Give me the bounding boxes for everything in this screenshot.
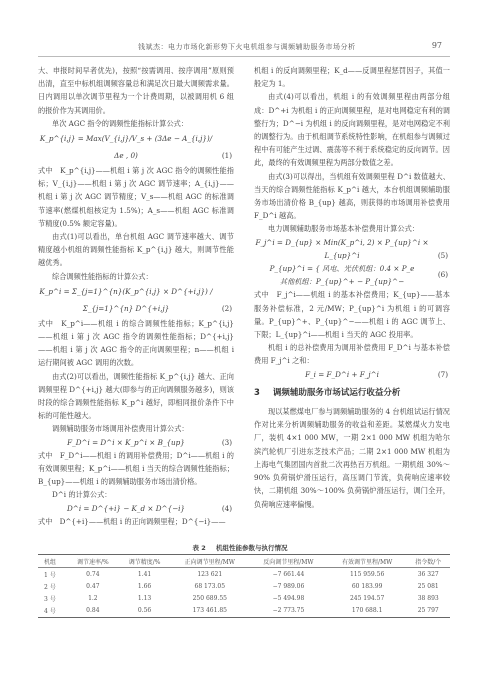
equation-7: F_i = F_D^i + F_j^i (7): [254, 368, 450, 381]
equation-number: (2): [222, 300, 232, 317]
table-cell: 0.56: [119, 605, 171, 618]
equation-1: K_p^{i,j} = Max(V_{i,j}/V_s + (3Δe − A_{…: [38, 130, 234, 164]
table-cell: 1.41: [119, 568, 171, 581]
table-cell: 2 号: [38, 580, 67, 592]
page-number: 97: [432, 41, 442, 50]
running-title: 钱斌杰：电力市场化新形势下火电机组参与调频辅助服务市场分析: [138, 42, 356, 52]
equation-number: (1): [222, 147, 232, 164]
table-cell: −5 494.98: [249, 593, 328, 605]
table-cell: 60 183.99: [328, 580, 407, 592]
equation-4: D^i = D^{+i} − K_d × D^{−i} (4): [38, 502, 234, 515]
equation-number: (4): [222, 502, 232, 515]
paragraph: 式中 D^{+i}——机组 i 的正向调频里程；D^{−i}——: [38, 515, 234, 528]
paragraph: 式中 F_D^i——机组 i 的调用补偿费用；D^i——机组 i 的有效调频里程…: [38, 449, 234, 489]
table-cell: −7 989.06: [249, 580, 328, 592]
paragraph: 综合调频性能指标的计算公式：: [38, 270, 234, 283]
paragraph: 机组 i 的反向调频里程；K_d——反调里程惩罚因子，其值一般定为 1。: [254, 64, 450, 90]
table-cell: 245 194.57: [328, 593, 407, 605]
table-row: 4 号 0.84 0.56 173 461.85 −2 773.75 170 6…: [38, 605, 450, 618]
table-cell: 0.74: [67, 568, 119, 581]
equation-body: K_p^{i,j} = Max(V_{i,j}/V_s + (3Δe − A_{…: [40, 134, 212, 160]
equation-5: F_j^i = D_{up} × Min(K_p^i, 2) × P_{up}^…: [254, 236, 450, 262]
table-number: 表 2: [192, 544, 205, 552]
equation-body: F_j^i = D_{up} × Min(K_p^i, 2) × P_{up}^…: [256, 238, 429, 260]
table-cell: −2 773.75: [249, 605, 328, 618]
equation-number: (3): [222, 436, 232, 449]
paragraph: 电力调频辅助服务市场基本补偿费用计算公式：: [254, 222, 450, 235]
paragraph: 式中 K_p^i——机组 i 的综合调频性能指标；K_p^{i,j}——机组 i…: [38, 317, 234, 370]
table-cell: 38 893: [406, 593, 450, 605]
paragraph: D^i 的计算公式：: [38, 488, 234, 501]
paragraph: 由式(1)可以看出，单台机组 AGC 调节速率越大、调节精度越小机组的调频性能指…: [38, 230, 234, 270]
table-cell: 123 621: [170, 568, 249, 581]
table-header-row: 机组 调节速率/% 调节精度/% 正向调节里程/MW 反向调节里程/MW 有效调…: [38, 555, 450, 568]
equation-6: P_{up}^i = { 风电、光伏机组：0.4 × P_e 其他机组：P_{u…: [254, 262, 450, 288]
paragraph: 单次 AGC 指令的调频性能指标计算公式：: [38, 117, 234, 130]
table-cell: 1 号: [38, 568, 67, 581]
table-cell: 4 号: [38, 605, 67, 618]
equation-body-line2: 其他机组：P_{up}^+ − P_{up}^−: [280, 277, 404, 286]
table-cell: 173 461.85: [170, 605, 249, 618]
section-heading: 3 调频辅助服务市场试运行收益分析: [254, 387, 450, 400]
paragraph: 式中 K_p^{i,j}——机组 i 第 j 次 AGC 指令的调频性能指标；V…: [38, 164, 234, 230]
paragraph: 现以某燃煤电厂参与调频辅助服务的 4 台机组试运行情况作对比来分析调频辅助服务的…: [254, 405, 450, 511]
table-cell: 25 797: [406, 605, 450, 618]
equation-number: (5): [438, 249, 448, 262]
table-cell: 68 173.05: [170, 580, 249, 592]
section-title: 调频辅助服务市场试运行收益分析: [273, 388, 401, 398]
equation-body: F_D^i = D^i × K_p^i × B_{up}: [67, 438, 185, 447]
column-header: 调节速率/%: [67, 555, 119, 568]
table-row: 2 号 0.47 1.66 68 173.05 −7 989.06 60 183…: [38, 580, 450, 592]
table-cell: 0.47: [67, 580, 119, 592]
equation-body: F_i = F_D^i + F_j^i: [305, 370, 379, 379]
section-number: 3: [254, 388, 260, 398]
table-cell: 3 号: [38, 593, 67, 605]
table-cell: 115 959.56: [328, 568, 407, 581]
equation-body: K_p^i = Σ_{j=1}^{n}(K_p^{i,j} × D^{+i,j}…: [39, 287, 212, 313]
column-header: 指令数/个: [406, 555, 450, 568]
header-rule: [38, 56, 450, 57]
table-row: 1 号 0.74 1.41 123 621 −7 661.44 115 959.…: [38, 568, 450, 581]
equation-body-line1: P_{up}^i = { 风电、光伏机组：0.4 × P_e: [270, 264, 415, 273]
table-cell: 250 689.55: [170, 593, 249, 605]
table-cell: 170 688.1: [328, 605, 407, 618]
table-cell: 25 081: [406, 580, 450, 592]
table-cell: 36 327: [406, 568, 450, 581]
column-header: 调节精度/%: [119, 555, 171, 568]
paragraph: 由式(2)可以看出，调频性能指标 K_p^{i,j} 越大、正向调频里程 D^{…: [38, 370, 234, 423]
table-title: 机组性能参数与执行情况: [216, 544, 288, 552]
column-header: 反向调节里程/MW: [249, 555, 328, 568]
column-header: 有效调节里程/MW: [328, 555, 407, 568]
equation-3: F_D^i = D^i × K_p^i × B_{up} (3): [38, 436, 234, 449]
paragraph: 由式(3)可以得出，当机组有效调频里程 D^i 数值越大、当天的综合调频性能指标…: [254, 170, 450, 223]
equation-number: (6): [438, 268, 448, 281]
paragraph: 调频辅助服务市场调用补偿费用计算公式：: [38, 422, 234, 435]
table-cell: 0.84: [67, 605, 119, 618]
right-column: 机组 i 的反向调频里程；K_d——反调里程惩罚因子，其值一般定为 1。 由式(…: [254, 64, 450, 511]
equation-number: (7): [438, 368, 448, 381]
paragraph: 由式(4)可以看出，机组 i 的有效调频里程由两部分组成：D^+i 为机组 i …: [254, 90, 450, 169]
table-cell: 1.2: [67, 593, 119, 605]
column-header: 正向调节里程/MW: [170, 555, 249, 568]
running-header: 钱斌杰：电力市场化新形势下火电机组参与调频辅助服务市场分析 97: [38, 42, 450, 54]
paragraph: 大、申报时间早者优先)，按照“按需调用、按序调用”原则预出清，直至中标机组调频容…: [38, 64, 234, 117]
equation-2: K_p^i = Σ_{j=1}^{n}(K_p^{i,j} × D^{+i,j}…: [38, 283, 234, 317]
equation-body: D^i = D^{+i} − K_d × D^{−i}: [67, 504, 185, 513]
table-cell: 1.13: [119, 593, 171, 605]
table-row: 3 号 1.2 1.13 250 689.55 −5 494.98 245 19…: [38, 593, 450, 605]
column-header: 机组: [38, 555, 67, 568]
table-cell: −7 661.44: [249, 568, 328, 581]
left-column: 大、申报时间早者优先)，按照“按需调用、按序调用”原则预出清，直至中标机组调频容…: [38, 64, 234, 528]
paragraph: 机组 i 的总补偿费用为调用补偿费用 F_D^i 与基本补偿费用 F_j^i 之…: [254, 341, 450, 367]
performance-table: 机组 调节速率/% 调节精度/% 正向调节里程/MW 反向调节里程/MW 有效调…: [38, 554, 450, 618]
table-cell: 1.66: [119, 580, 171, 592]
table-caption: 表 2 机组性能参数与执行情况: [0, 543, 480, 552]
paragraph: 式中 F_j^i——机组 i 的基本补偿费用；K_{up}——基本服务补偿标准，…: [254, 288, 450, 341]
